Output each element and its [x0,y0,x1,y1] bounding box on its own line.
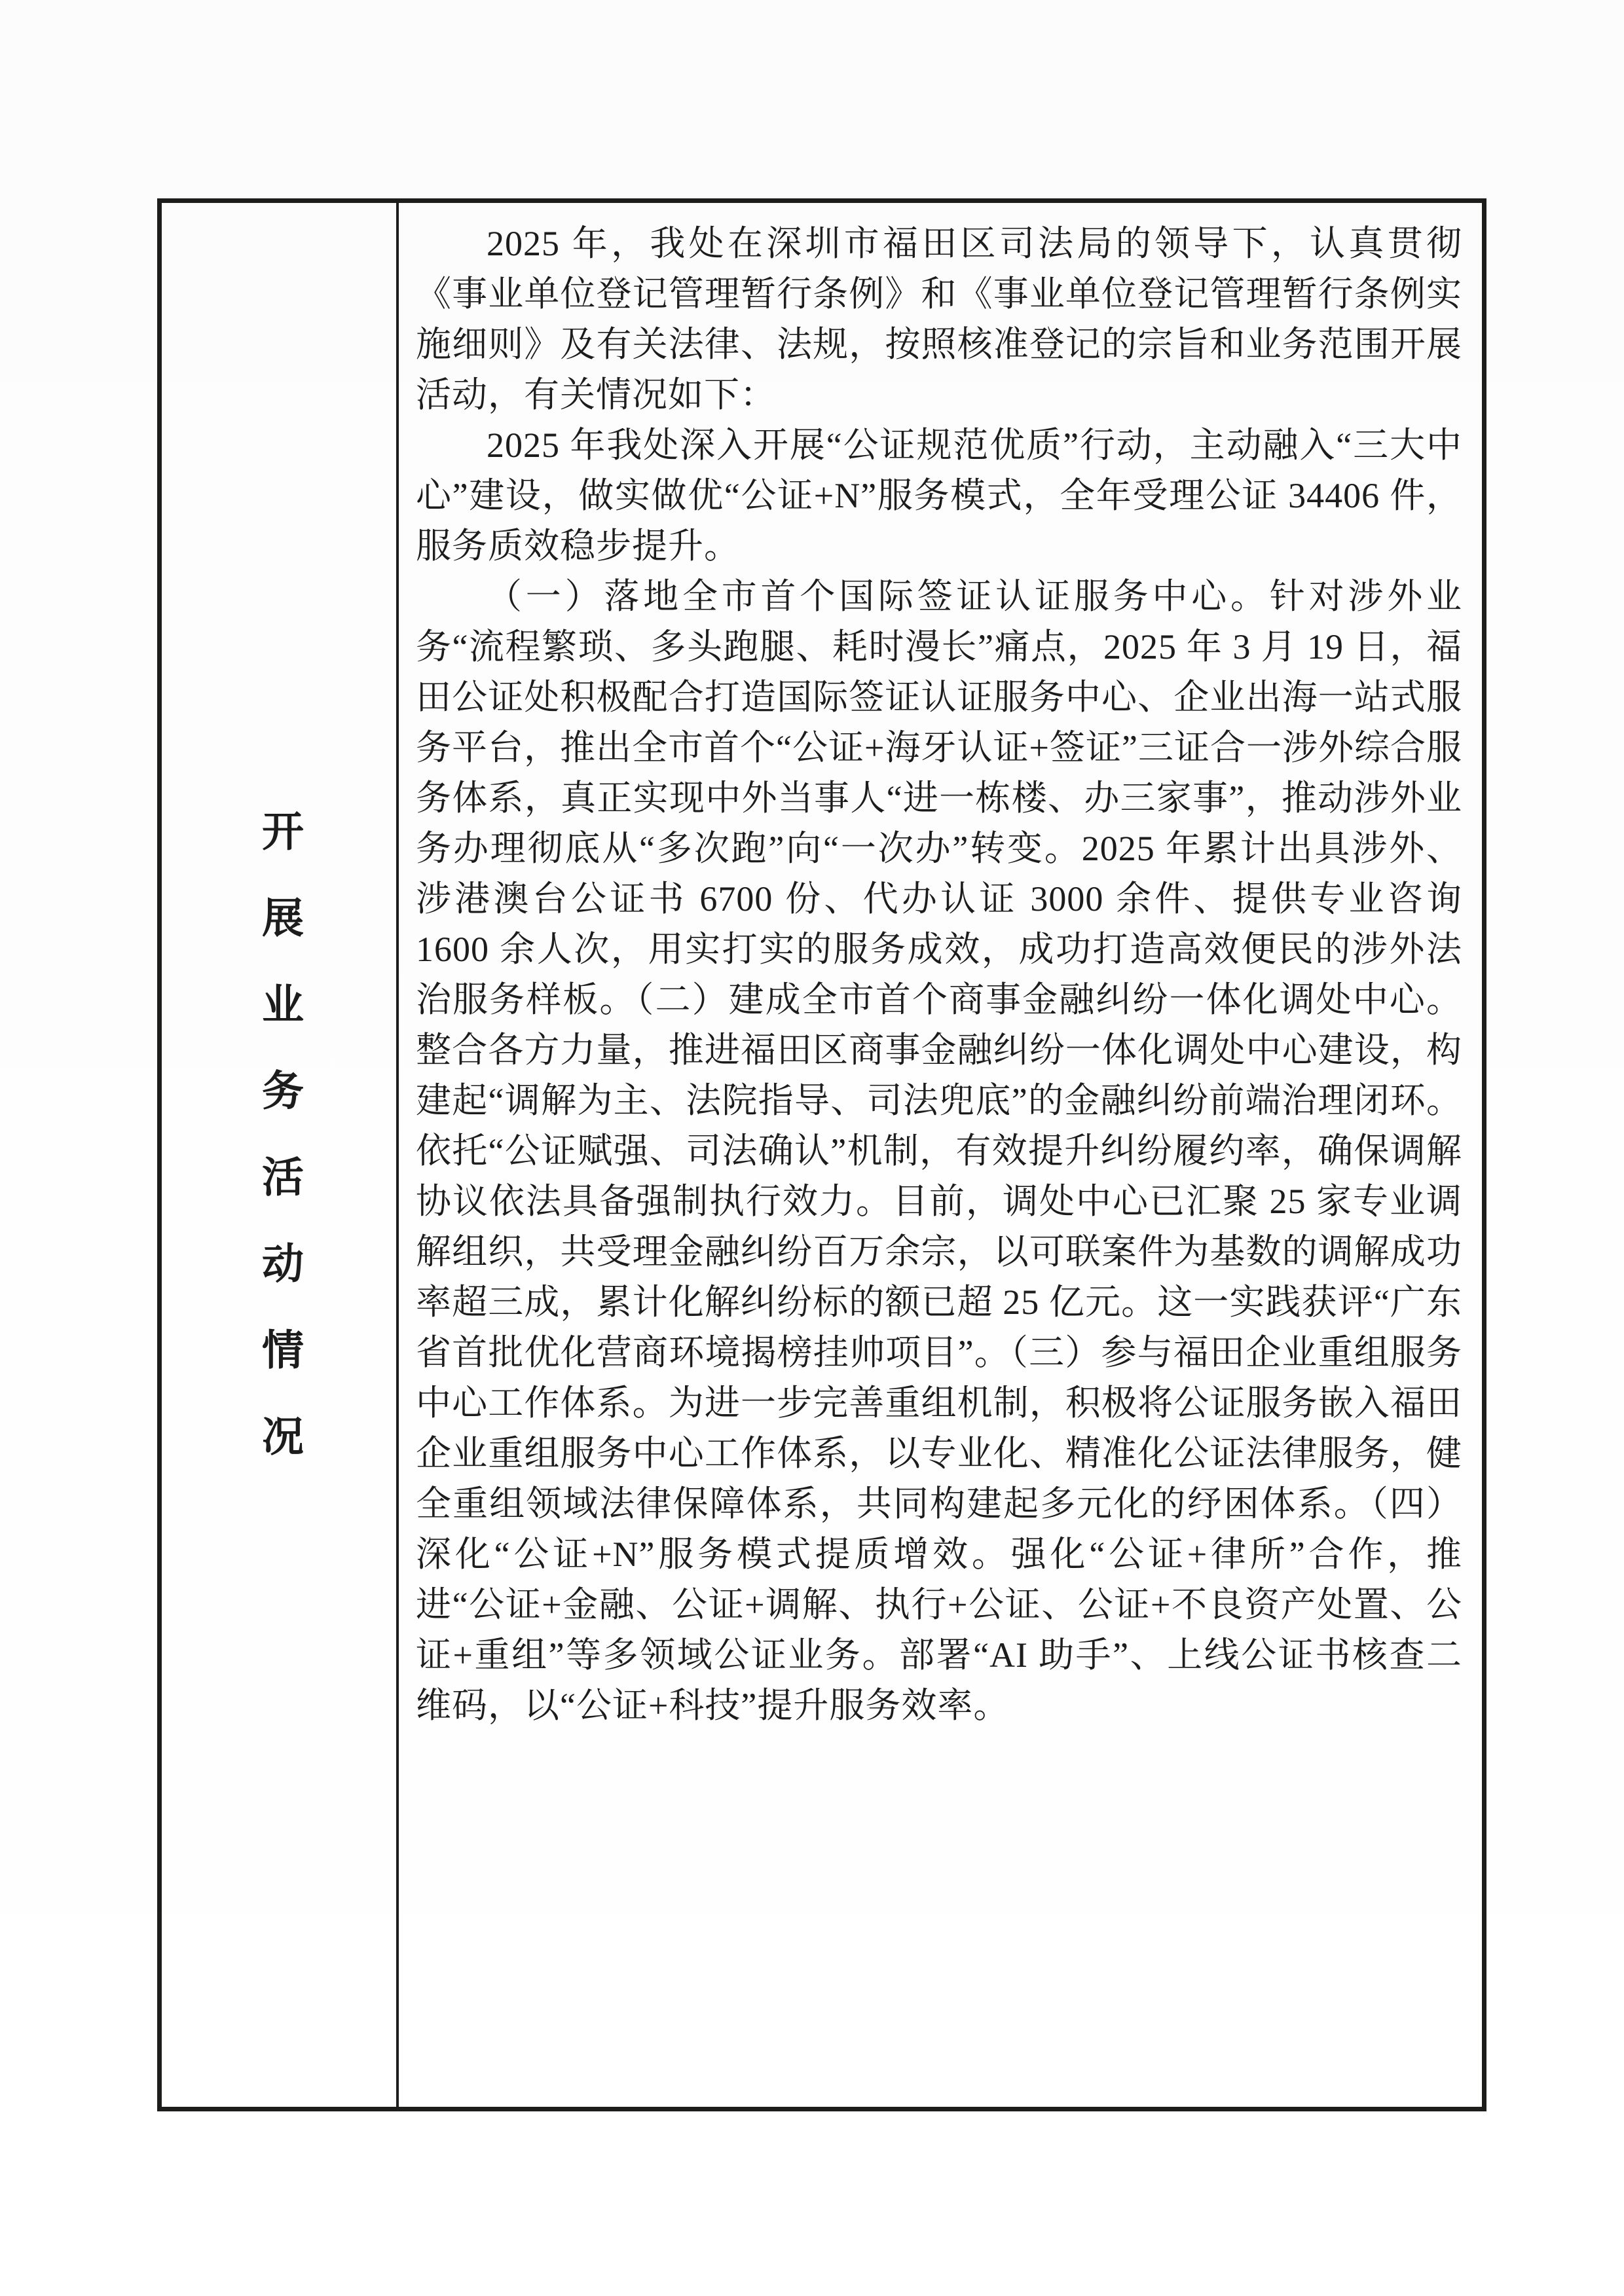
scanned-report-page: 开展业务活动情况 2025 年，我处在深圳市福田区司法局的领导下，认真贯彻《事业… [0,0,1624,2296]
intro-paragraph: 2025 年，我处在深圳市福田区司法局的领导下，认真贯彻《事业单位登记管理暂行条… [416,219,1462,420]
section-content-cell: 2025 年，我处在深圳市福田区司法局的领导下，认真贯彻《事业单位登记管理暂行条… [399,203,1482,2107]
section-label-cell: 开展业务活动情况 [162,203,399,2107]
business-activity-table: 开展业务活动情况 2025 年，我处在深圳市福田区司法局的领导下，认真贯彻《事业… [157,198,1486,2111]
overview-paragraph: 2025 年我处深入开展“公证规范优质”行动，主动融入“三大中心”建设，做实做优… [416,420,1462,572]
section-label-vertical-text: 开展业务活动情况 [258,809,300,1501]
details-paragraph: （一）落地全市首个国际签证认证服务中心。针对涉外业务“流程繁琐、多头跑腿、耗时漫… [416,572,1462,1731]
